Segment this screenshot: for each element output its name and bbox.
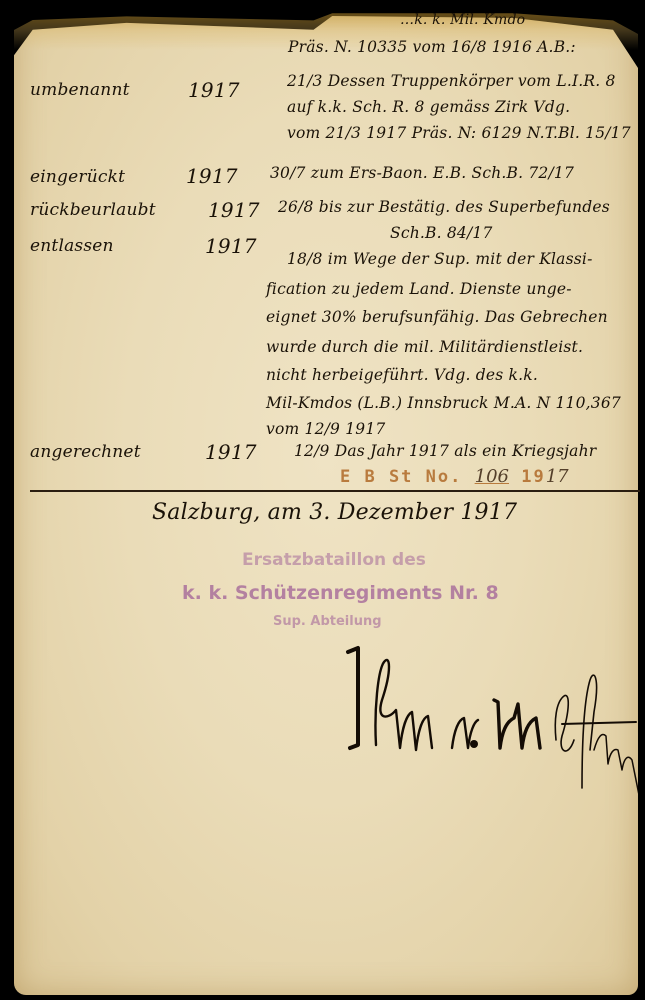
header-line-1: …k. k. Mil. Kmdo [400, 12, 525, 28]
receipt-stamp-year-suffix: 17 [546, 466, 569, 487]
entry-line: vom 12/9 1917 [266, 420, 386, 438]
unit-stamp-line-2: k. k. Schützenregiments Nr. 8 [182, 582, 499, 604]
entry-year: 1917 [205, 234, 257, 258]
header-line-2: Präs. N. 10335 vom 16/8 1916 A.B.: [288, 38, 576, 56]
entry-line: fication zu jedem Land. Dienste unge- [266, 280, 572, 298]
entry-line: 18/8 im Wege der Sup. mit der Klassi- [287, 250, 593, 268]
entry-line: Mil-Kmdos (L.B.) Innsbruck M.A. N 110,36… [266, 394, 621, 412]
entry-year: 1917 [205, 440, 257, 464]
entry-year: 1917 [208, 198, 260, 222]
entry-year: 1917 [186, 164, 238, 188]
section-divider-line [30, 490, 640, 492]
entry-label-angerechnet: angerechnet [30, 442, 141, 462]
entry-line: 26/8 bis zur Bestätig. des Superbefundes [278, 198, 610, 216]
receipt-stamp: E B St No. 106 1917 [340, 466, 569, 487]
entry-label-eingerueckt: eingerückt [30, 167, 125, 187]
entry-line: Sch.B. 84/17 [390, 224, 493, 242]
entry-line: auf k.k. Sch. R. 8 gemäss Zirk Vdg. [287, 98, 570, 116]
entry-line: nicht herbeigeführt. Vdg. des k.k. [266, 366, 538, 384]
entry-line: wurde durch die mil. Militärdienstleist. [266, 338, 583, 356]
receipt-stamp-number: 106 [475, 466, 509, 487]
signature-scribble-icon [318, 640, 638, 810]
receipt-stamp-prefix: E B St [340, 467, 413, 487]
entry-line: 21/3 Dessen Truppenkörper vom L.I.R. 8 [287, 72, 616, 90]
entry-line: 12/9 Das Jahr 1917 als ein Kriegsjahr [294, 442, 596, 460]
entry-label-entlassen: entlassen [30, 236, 114, 256]
unit-stamp-line-1: Ersatzbataillon des [242, 550, 426, 570]
receipt-stamp-year-prefix: 19 [521, 467, 545, 487]
entry-year: 1917 [188, 78, 240, 102]
entry-line: vom 21/3 1917 Präs. N: 6129 N.T.Bl. 15/1… [287, 124, 631, 142]
unit-stamp-line-3: Sup. Abteilung [273, 614, 382, 629]
receipt-stamp-no-label: No. [426, 467, 463, 487]
entry-line: eignet 30% berufsunfähig. Das Gebrechen [266, 308, 608, 326]
signature: Hreutschitzky [318, 640, 638, 810]
entry-line: 30/7 zum Ers-Baon. E.B. Sch.B. 72/17 [270, 164, 574, 182]
entry-label-umbenannt: umbenannt [30, 80, 130, 100]
entry-label-rueckbeurlaubt: rückbeurlaubt [30, 200, 156, 220]
place-and-date: Salzburg, am 3. Dezember 1917 [152, 500, 517, 525]
